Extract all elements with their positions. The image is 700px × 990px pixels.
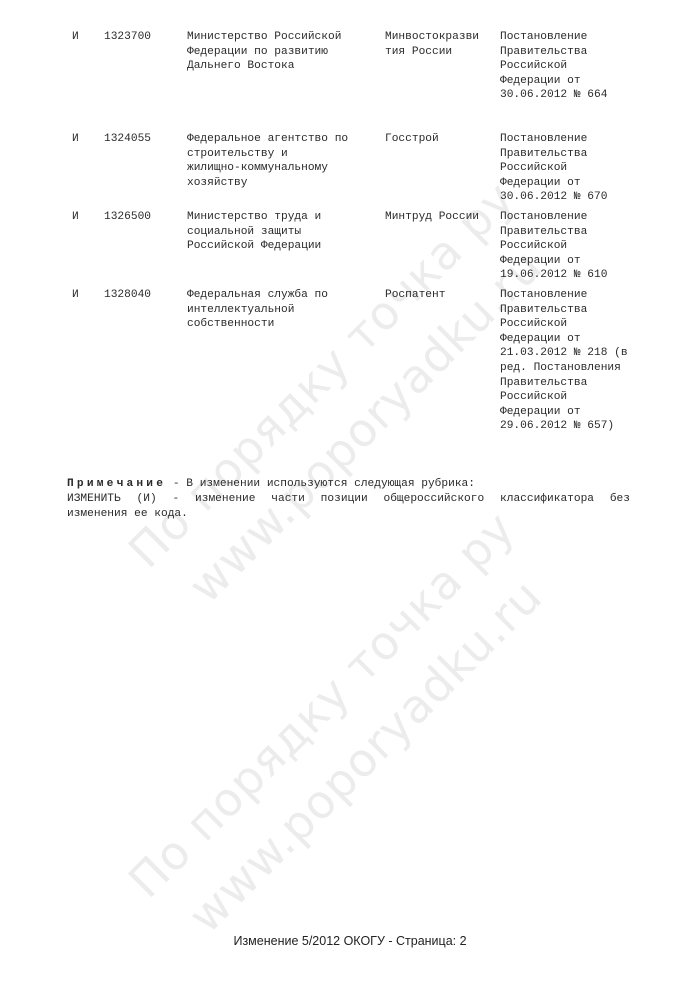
document-page: По порядку точка ру www.poporyadku.ru По… [0, 0, 700, 990]
document-cell: Постановление Правительства Российской Ф… [500, 210, 640, 283]
code-cell: 1326500 [104, 210, 174, 225]
note-block: Примечание - В изменении используются сл… [67, 477, 633, 521]
page-footer: Изменение 5/2012 ОКОГУ - Страница: 2 [0, 934, 700, 948]
note-word: (И) [137, 492, 157, 507]
note-word: общероссийского [383, 492, 484, 507]
note-line-1: Примечание - В изменении используются сл… [67, 477, 633, 492]
document-cell: Постановление Правительства Российской Ф… [500, 288, 640, 434]
name-cell: Министерство Российской Федерации по раз… [187, 30, 377, 74]
note-line-2: ИЗМЕНИТЬ(И)-изменениечастипозицииобщерос… [67, 492, 630, 507]
note-title: Примечание [67, 478, 166, 490]
code-cell: 1324055 [104, 132, 174, 147]
short-name-cell: Роспатент [385, 288, 497, 303]
document-cell: Постановление Правительства Российской Ф… [500, 132, 640, 205]
note-line-3: изменения ее кода. [67, 507, 633, 522]
note-word: без [610, 492, 630, 507]
note-word: ИЗМЕНИТЬ [67, 492, 121, 507]
action-cell: И [72, 288, 92, 303]
code-cell: 1328040 [104, 288, 174, 303]
note-word: изменение [195, 492, 255, 507]
action-cell: И [72, 132, 92, 147]
code-cell: 1323700 [104, 30, 174, 45]
note-word: - [173, 492, 180, 507]
short-name-cell: Минвостокразви тия России [385, 30, 497, 59]
note-word: части [271, 492, 305, 507]
name-cell: Министерство труда и социальной защиты Р… [187, 210, 377, 254]
note-intro: - В изменении используются следующая руб… [166, 478, 475, 490]
note-word: позиции [321, 492, 368, 507]
action-cell: И [72, 210, 92, 225]
note-word: классификатора [500, 492, 594, 507]
short-name-cell: Госстрой [385, 132, 497, 147]
name-cell: Федеральное агентство по строительству и… [187, 132, 377, 190]
short-name-cell: Минтруд России [385, 210, 497, 225]
name-cell: Федеральная служба по интеллектуальной с… [187, 288, 377, 332]
action-cell: И [72, 30, 92, 45]
document-cell: Постановление Правительства Российской Ф… [500, 30, 640, 103]
